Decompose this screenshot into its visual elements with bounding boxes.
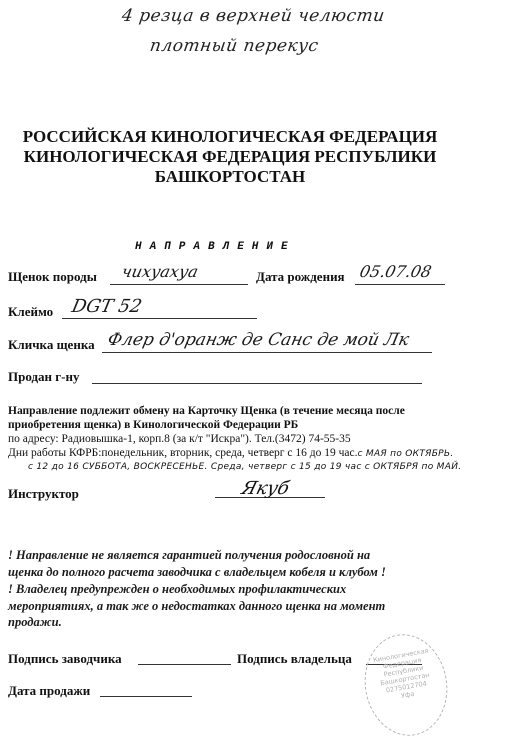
header-line-2: КИНОЛОГИЧЕСКАЯ ФЕДЕРАЦИЯ РЕСПУБЛИКИ — [0, 148, 460, 166]
instructor-signature: Якуб — [239, 478, 291, 499]
birth-date-label: Дата рождения — [256, 269, 345, 285]
owner-signature-label: Подпись владельца — [237, 651, 352, 667]
header-line-3: БАШКОРТОСТАН — [0, 168, 460, 186]
warning-line-3: ! Владелец предупрежден о необходимых пр… — [8, 581, 346, 598]
birth-date-underline — [355, 284, 445, 285]
work-days-text: Дни работы КФРБ:понедельник, вторник, ср… — [8, 447, 357, 459]
work-days-handwritten-line: с 12 до 16 СУББОТА, ВОСКРЕСЕНЬЕ. Среда, … — [28, 462, 461, 472]
birth-date-field[interactable]: 05.07.08 — [358, 262, 433, 281]
work-days-handwritten-season: с МАЯ по ОКТЯБРЬ. — [357, 449, 453, 459]
warning-line-2: щенка до полного расчета заводчика с вла… — [8, 564, 386, 581]
info-line-3: по адресу: Радиовышка-1, корп.8 (за к/т … — [8, 432, 351, 446]
document-title: НАПРАВЛЕНИЕ — [135, 241, 296, 253]
sold-to-label: Продан г-ну — [8, 369, 80, 385]
warning-line-1: ! Направление не является гарантией полу… — [8, 547, 370, 564]
info-line-1-text: Направление подлежит обмену на Карточку … — [8, 405, 405, 417]
brand-underline — [62, 318, 257, 319]
puppy-name-underline — [102, 352, 432, 353]
brand-field[interactable]: DGT 52 — [70, 296, 144, 317]
breed-label: Щенок породы — [8, 269, 97, 285]
info-line-2: приобретения щенка) в Кинологической Фед… — [8, 418, 298, 432]
brand-label: Клеймо — [8, 304, 53, 320]
instructor-label: Инструктор — [8, 486, 79, 502]
sale-date-field[interactable] — [100, 696, 192, 697]
handwritten-note-line2: плотный перекус — [149, 36, 320, 56]
warning-line-5: продажи. — [8, 614, 62, 631]
breeder-signature-field[interactable] — [138, 664, 231, 665]
puppy-name-field[interactable]: Флер д'оранж де Санс де мой Лк — [106, 330, 411, 350]
official-stamp: Кинологическая Федерация Республики Башк… — [357, 628, 455, 743]
breed-underline — [110, 284, 248, 285]
breed-field[interactable]: чихуахуа — [120, 262, 200, 281]
puppy-name-label: Кличка щенка — [8, 337, 95, 353]
handwritten-note-line1: 4 резца в верхней челюсти — [121, 6, 386, 26]
sold-to-field[interactable] — [92, 383, 422, 384]
warning-line-4: мероприятиях, а так же о недостатках дан… — [8, 598, 385, 615]
header-line-1: РОССИЙСКАЯ КИНОЛОГИЧЕСКАЯ ФЕДЕРАЦИЯ — [0, 128, 460, 146]
info-line-1: Направление подлежит обмену на Карточку … — [8, 404, 405, 418]
sale-date-label: Дата продажи — [8, 683, 90, 699]
breeder-signature-label: Подпись заводчика — [8, 651, 122, 667]
info-line-4: Дни работы КФРБ:понедельник, вторник, ср… — [8, 446, 454, 461]
info-line-2-text: приобретения щенка) в Кинологической Фед… — [8, 419, 298, 431]
